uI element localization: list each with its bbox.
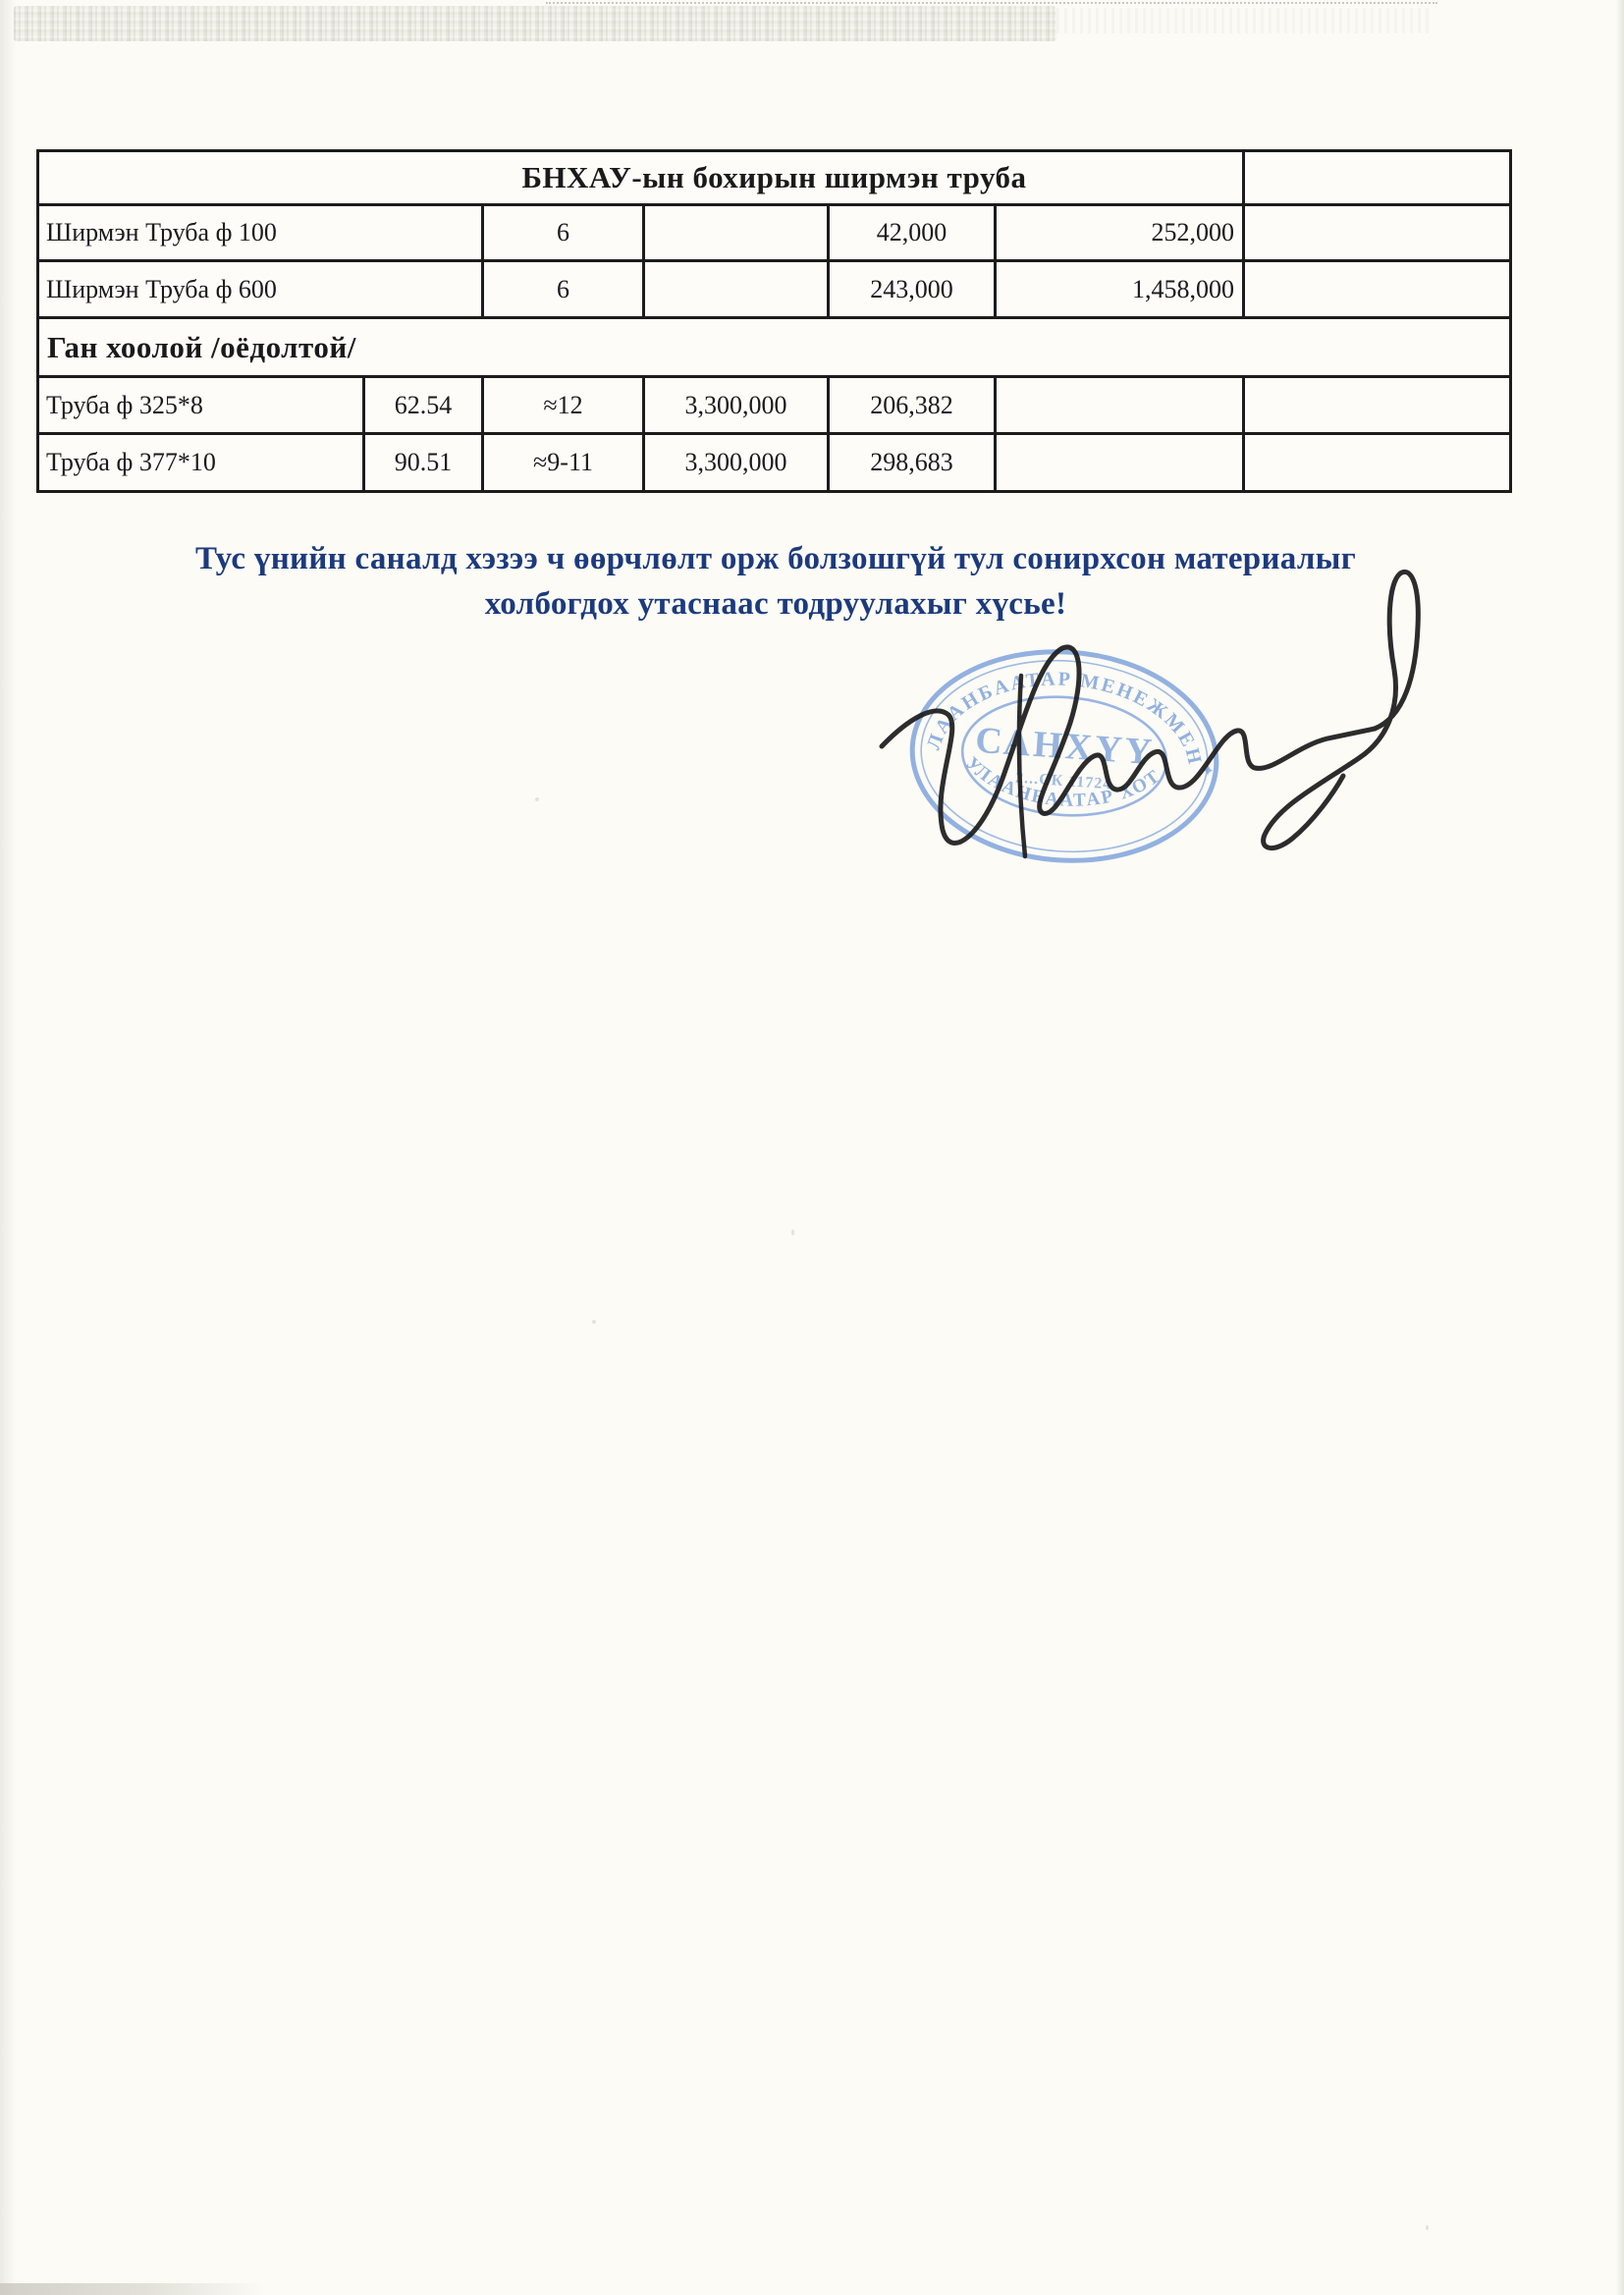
section-header: Ган хоолой /оёдолтой/ bbox=[39, 319, 1509, 375]
weight-cell: 62.54 bbox=[365, 378, 484, 432]
empty-cell bbox=[997, 378, 1245, 432]
qty-cell: 6 bbox=[484, 206, 645, 259]
table-section-row: Ган хоолой /оёдолтой/ bbox=[39, 319, 1509, 378]
empty-cell bbox=[1245, 206, 1509, 259]
total-cell: 252,000 bbox=[997, 206, 1245, 259]
signature bbox=[844, 555, 1434, 869]
table-title: БНХАУ-ын бохирын ширмэн труба bbox=[39, 152, 1509, 203]
table-row: Труба ф 325*8 62.54 ≈12 3,300,000 206,38… bbox=[39, 378, 1509, 435]
scan-speck bbox=[1426, 2225, 1429, 2230]
scan-speck bbox=[791, 1229, 794, 1235]
table-title-row: БНХАУ-ын бохирын ширмэн труба bbox=[39, 152, 1509, 206]
empty-cell bbox=[1245, 262, 1509, 316]
empty-cell bbox=[997, 435, 1245, 490]
scan-speck bbox=[592, 1320, 596, 1324]
signature-loop-stroke bbox=[1264, 572, 1419, 847]
empty-cell bbox=[645, 206, 830, 259]
qty-cell: 6 bbox=[484, 262, 645, 316]
scan-dotted-artifact bbox=[546, 2, 1437, 4]
scan-bottom-artifact bbox=[0, 2283, 265, 2295]
item-name-cell: Труба ф 325*8 bbox=[39, 378, 365, 432]
total-cell: 1,458,000 bbox=[997, 262, 1245, 316]
item-name-cell: Ширмэн Труба ф 100 bbox=[39, 206, 484, 259]
scan-noise-band-fade bbox=[1056, 8, 1430, 33]
price-per-ton-cell: 3,300,000 bbox=[645, 378, 830, 432]
empty-cell bbox=[1245, 435, 1509, 490]
signature-main-stroke bbox=[882, 647, 1375, 844]
price-table: БНХАУ-ын бохирын ширмэн труба Ширмэн Тру… bbox=[36, 149, 1512, 493]
price-per-ton-cell: 3,300,000 bbox=[645, 435, 830, 490]
scanned-page: БНХАУ-ын бохирын ширмэн труба Ширмэн Тру… bbox=[0, 0, 1624, 2295]
scan-edge-shadow-left bbox=[0, 0, 16, 2295]
item-name-cell: Ширмэн Труба ф 600 bbox=[39, 262, 484, 316]
price-cell: 298,683 bbox=[830, 435, 997, 490]
table-row: Ширмэн Труба ф 600 6 243,000 1,458,000 bbox=[39, 262, 1509, 319]
signature-tail-stroke bbox=[1019, 676, 1025, 856]
table-row: Ширмэн Труба ф 100 6 42,000 252,000 bbox=[39, 206, 1509, 262]
item-name-cell: Труба ф 377*10 bbox=[39, 435, 365, 490]
header-column-line bbox=[1242, 152, 1245, 203]
scan-speck bbox=[535, 797, 539, 801]
price-cell: 206,382 bbox=[830, 378, 997, 432]
unit-price-cell: 243,000 bbox=[830, 262, 997, 316]
empty-cell bbox=[1245, 378, 1509, 432]
table-row: Труба ф 377*10 90.51 ≈9-11 3,300,000 298… bbox=[39, 435, 1509, 490]
weight-cell: 90.51 bbox=[365, 435, 484, 490]
unit-price-cell: 42,000 bbox=[830, 206, 997, 259]
scan-edge-shadow-right bbox=[1616, 0, 1624, 2295]
length-cell: ≈12 bbox=[484, 378, 645, 432]
empty-cell bbox=[645, 262, 830, 316]
scan-noise-band bbox=[14, 6, 1056, 41]
length-cell: ≈9-11 bbox=[484, 435, 645, 490]
